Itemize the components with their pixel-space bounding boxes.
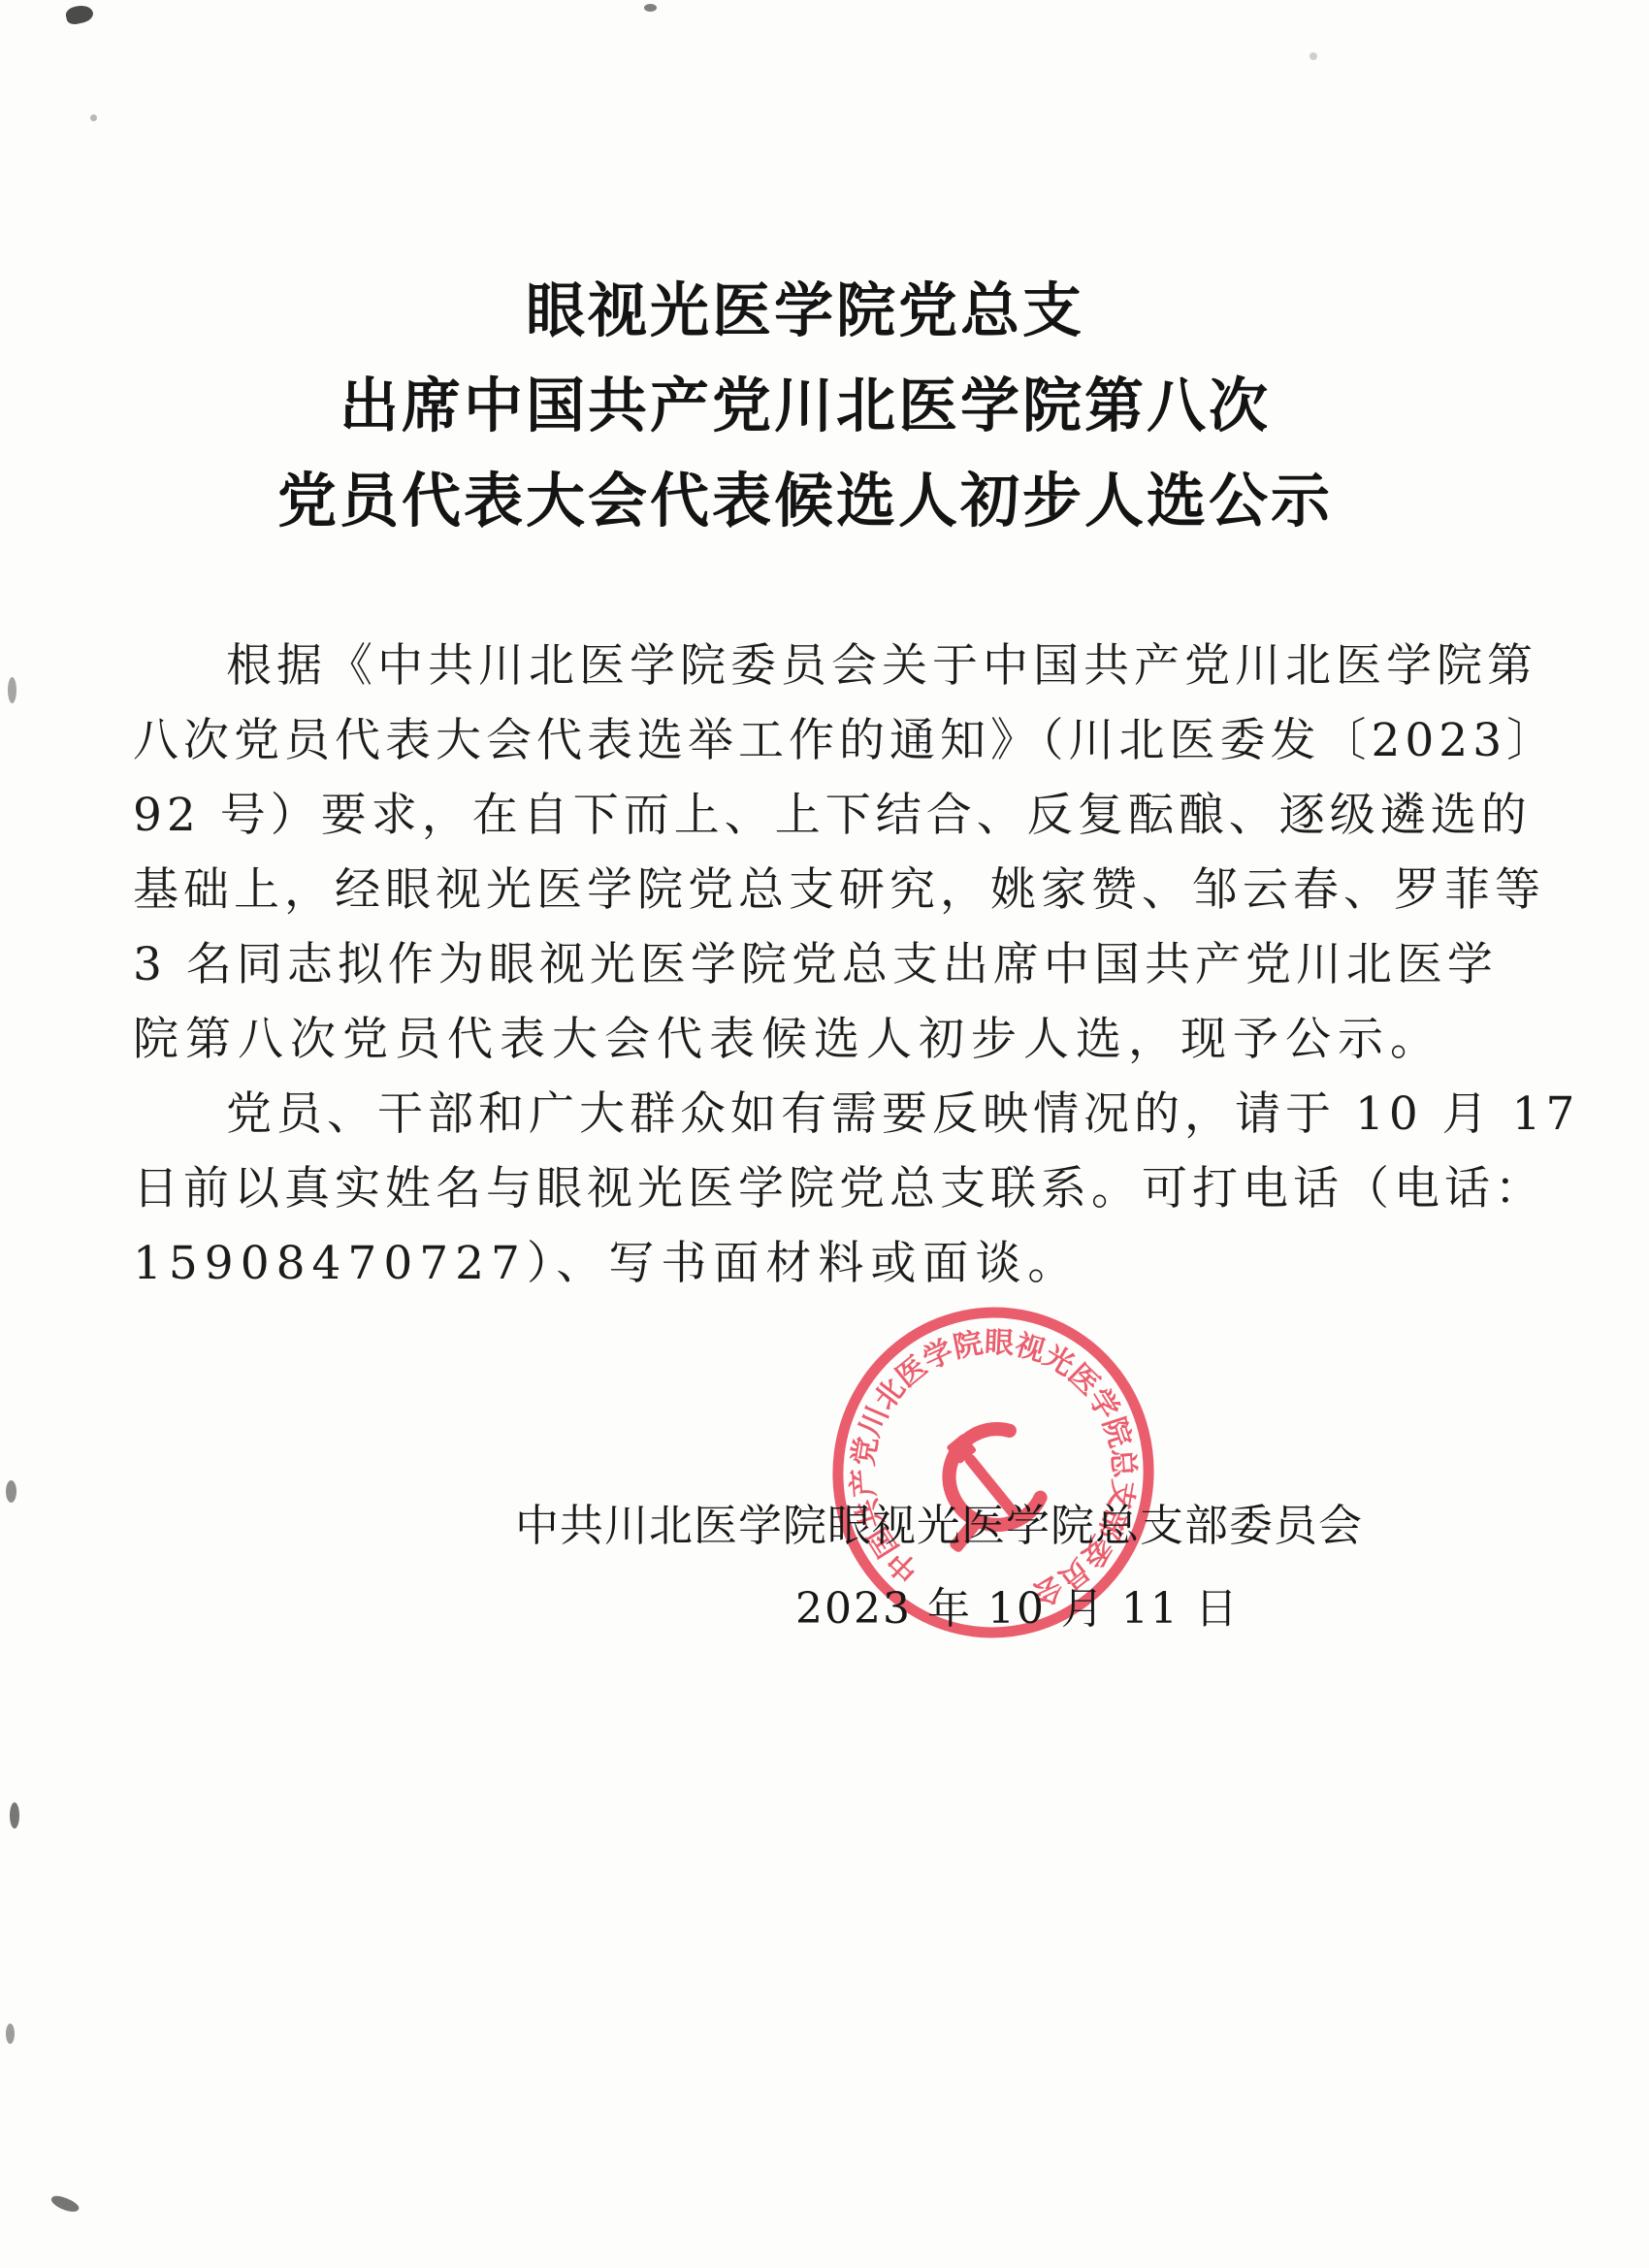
scan-artifact [10,1802,19,1829]
body-line: 根据《中共川北医学院委员会关于中国共产党川北医学院第 [133,629,1415,703]
body-line: 15908470727）、写书面材料或面谈。 [133,1226,1415,1301]
title-line-3: 党员代表大会代表候选人初步人选公示 [0,454,1610,549]
body-line: 3 名同志拟作为眼视光医学院党总支出席中国共产党川北医学 [133,927,1415,1002]
body-line: 日前以真实姓名与眼视光医学院党总支联系。可打电话（电话： [133,1151,1415,1226]
document-body: 根据《中共川北医学院委员会关于中国共产党川北医学院第 八次党员代表大会代表选举工… [133,629,1415,1301]
scan-artifact [6,1480,16,1503]
title-line-1: 眼视光医学院党总支 [0,264,1610,359]
scan-artifact [49,2192,81,2215]
scan-artifact [6,2024,15,2044]
body-line: 基础上，经眼视光医学院党总支研究，姚家赞、邹云春、罗菲等 [133,853,1415,927]
title-line-2: 出席中国共产党川北医学院第八次 [0,359,1610,454]
body-line: 院第八次党员代表大会代表候选人初步人选，现予公示。 [133,1002,1415,1077]
scan-artifact [1309,52,1317,60]
date: 2023 年 10 月 11 日 [795,1573,1240,1636]
body-line: 92 号）要求，在自下而上、上下结合、反复酝酿、逐级遴选的 [133,778,1415,853]
scan-artifact [8,677,16,703]
scan-artifact [644,4,657,12]
body-line: 八次党员代表大会代表选举工作的通知》（川北医委发〔2023〕 [133,703,1415,778]
scan-artifact [64,3,94,25]
scanned-document-page: 眼视光医学院党总支 出席中国共产党川北医学院第八次 党员代表大会代表候选人初步人… [0,0,1649,2268]
signature: 中共川北医学院眼视光医学院总支部委员会 [515,1490,1363,1553]
body-line: 党员、干部和广大群众如有需要反映情况的，请于 10 月 17 [133,1077,1415,1151]
scan-artifact [90,114,97,121]
document-title: 眼视光医学院党总支 出席中国共产党川北医学院第八次 党员代表大会代表候选人初步人… [0,264,1610,549]
